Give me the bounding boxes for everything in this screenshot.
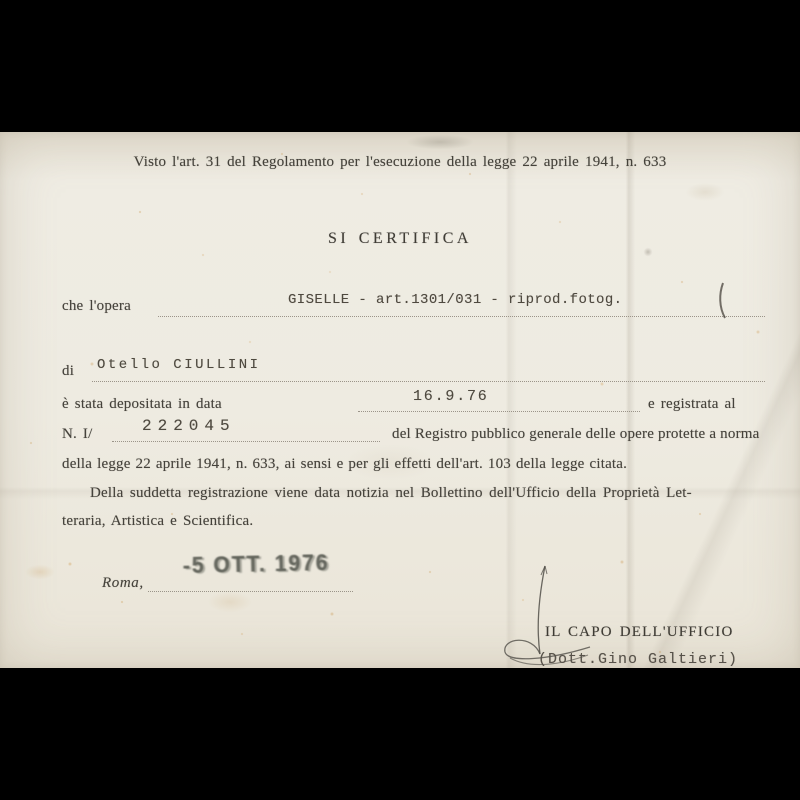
letterbox-top	[0, 0, 800, 132]
letterbox-bottom	[0, 668, 800, 800]
notice-line1: Della suddetta registrazione viene data …	[90, 485, 692, 502]
opera-label: che l'opera	[62, 298, 131, 315]
document-photo: Visto l'art. 31 del Regolamento per l'es…	[0, 132, 800, 668]
signer-title: IL CAPO DELL'UFFICIO	[545, 624, 733, 641]
edge-mark-icon	[716, 282, 730, 320]
number-label: N. I/	[62, 426, 93, 443]
law-line: della legge 22 aprile 1941, n. 633, ai s…	[62, 456, 627, 473]
dotted-line	[92, 381, 765, 382]
deposit-label: è stata depositata in data	[62, 396, 222, 413]
dotted-line	[148, 591, 353, 592]
city-label: Roma,	[102, 575, 144, 592]
opera-value: GISELLE - art.1301/031 - riprod.fotog.	[288, 292, 622, 308]
date-stamp: -5 OTT. 1976	[183, 551, 330, 580]
header-line: Visto l'art. 31 del Regolamento per l'es…	[0, 154, 800, 171]
register-text: del Registro pubblico generale delle ope…	[392, 426, 760, 443]
notice-line2: teraria, Artistica e Scientifica.	[62, 513, 253, 530]
author-value: Otello CIULLINI	[97, 357, 261, 373]
dotted-line	[158, 316, 765, 317]
dotted-line	[358, 411, 640, 412]
signer-name: (Dott.Gino Galtieri)	[538, 651, 738, 668]
author-label: di	[62, 363, 74, 380]
deposit-value: 16.9.76	[413, 388, 489, 405]
certificate-title: SI CERTIFICA	[0, 230, 800, 248]
dotted-line	[112, 441, 380, 442]
deposit-suffix: e registrata al	[648, 396, 736, 413]
number-value: 222045	[142, 417, 236, 435]
letterbox-frame: Visto l'art. 31 del Regolamento per l'es…	[0, 0, 800, 800]
